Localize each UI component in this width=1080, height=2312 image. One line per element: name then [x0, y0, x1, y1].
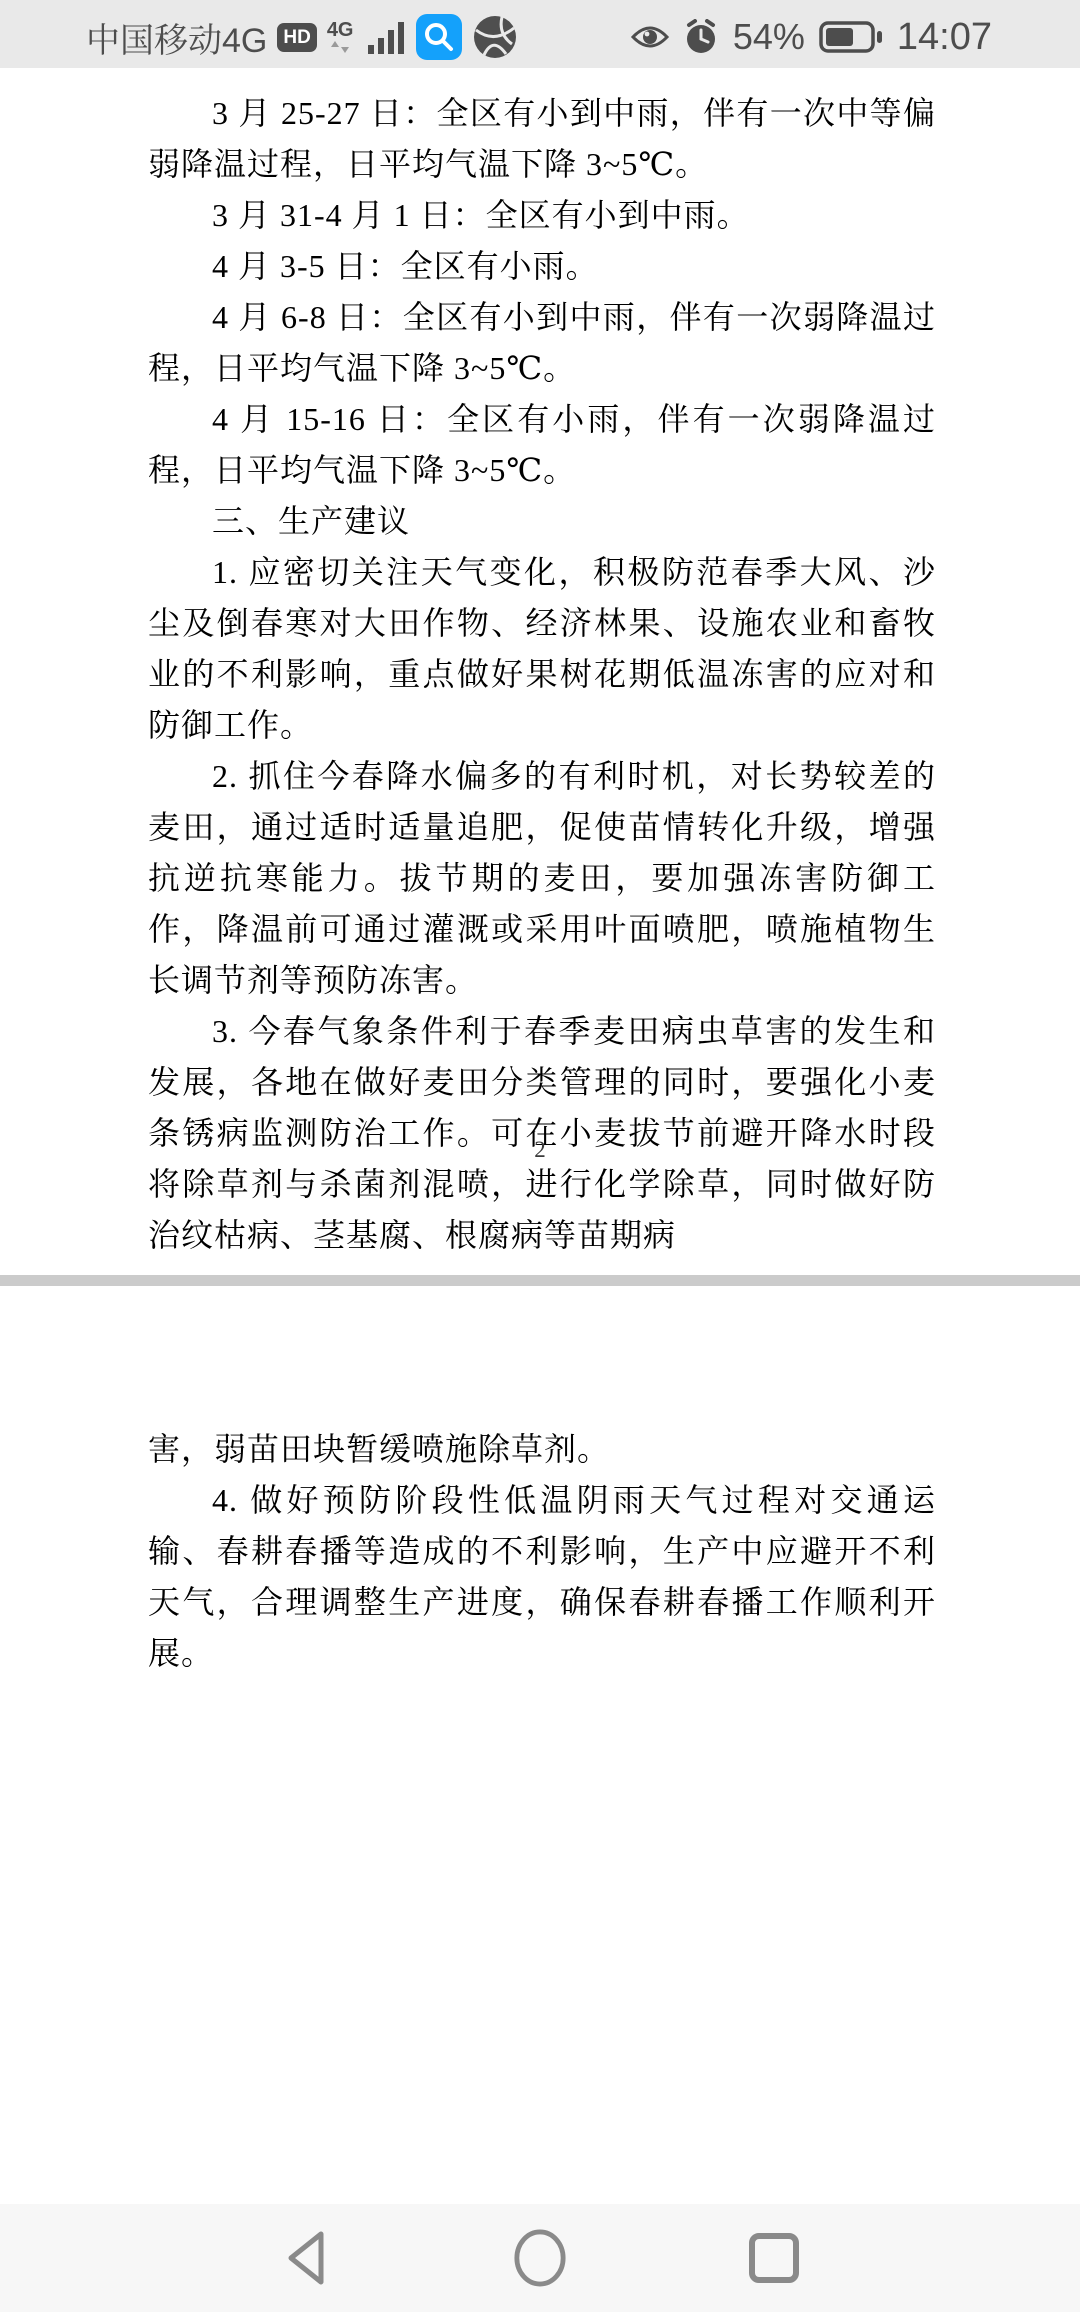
status-bar-right: 54% 14:07	[631, 16, 992, 59]
page-number: 2	[0, 1136, 1080, 1164]
carrier-label: 中国移动4G	[86, 13, 267, 62]
clock-label: 14:07	[897, 16, 992, 59]
home-button[interactable]	[513, 2228, 567, 2288]
paragraph-continuation: 害，弱苗田块暂缓喷施除草剂。	[148, 1424, 936, 1475]
section-heading: 三、生产建议	[148, 496, 936, 547]
signal-bars-icon	[366, 19, 406, 55]
paragraph: 2. 抓住今春降水偏多的有利时机，对长势较差的麦田，通过适时适量追肥，促使苗情转…	[148, 751, 936, 1006]
paragraph: 3 月 31-4 月 1 日：全区有小到中雨。	[148, 190, 936, 241]
data-activity-arrows-icon	[329, 40, 351, 54]
paragraph: 3 月 25-27 日：全区有小到中雨，伴有一次中等偏弱降温过程，日平均气温下降…	[148, 88, 936, 190]
eye-protection-icon	[631, 24, 669, 50]
recents-button[interactable]	[747, 2228, 801, 2288]
paragraph: 3. 今春气象条件利于春季麦田病虫草害的发生和发展，各地在做好麦田分类管理的同时…	[148, 1006, 936, 1261]
page-break-divider	[0, 1275, 1080, 1286]
back-button[interactable]	[279, 2228, 333, 2288]
paragraph: 4. 做好预防阶段性低温阴雨天气过程对交通运输、春耕春播等造成的不利影响，生产中…	[148, 1475, 936, 1679]
paragraph: 4 月 15-16 日：全区有小雨，伴有一次弱降温过程，日平均气温下降 3~5℃…	[148, 394, 936, 496]
back-triangle-icon	[284, 2229, 328, 2287]
network-type-indicator: 4G	[327, 20, 354, 54]
hd-badge-icon: HD	[277, 23, 316, 52]
paragraph: 4 月 3-5 日：全区有小雨。	[148, 241, 936, 292]
battery-percent-label: 54%	[733, 16, 805, 58]
phone-screen: 中国移动4G HD 4G	[0, 0, 1080, 2312]
document-page-3-text: 害，弱苗田块暂缓喷施除草剂。 4. 做好预防阶段性低温阴雨天气过程对交通运输、春…	[148, 1424, 936, 1679]
search-app-icon	[416, 14, 462, 60]
recents-square-icon	[747, 2231, 801, 2285]
status-bar-left: 中国移动4G HD 4G	[86, 13, 518, 62]
navigation-bar	[0, 2204, 1080, 2312]
home-circle-icon	[513, 2227, 567, 2289]
document-page-2-text: 3 月 25-27 日：全区有小到中雨，伴有一次中等偏弱降温过程，日平均气温下降…	[148, 88, 936, 1261]
alarm-clock-icon	[683, 19, 719, 55]
paragraph: 1. 应密切关注天气变化，积极防范春季大风、沙尘及倒春寒对大田作物、经济林果、设…	[148, 547, 936, 751]
network-type-label: 4G	[327, 20, 354, 40]
status-bar: 中国移动4G HD 4G	[0, 0, 1080, 68]
battery-icon	[819, 20, 883, 54]
browser-app-icon	[472, 14, 518, 60]
paragraph: 4 月 6-8 日：全区有小到中雨，伴有一次弱降温过程，日平均气温下降 3~5℃…	[148, 292, 936, 394]
